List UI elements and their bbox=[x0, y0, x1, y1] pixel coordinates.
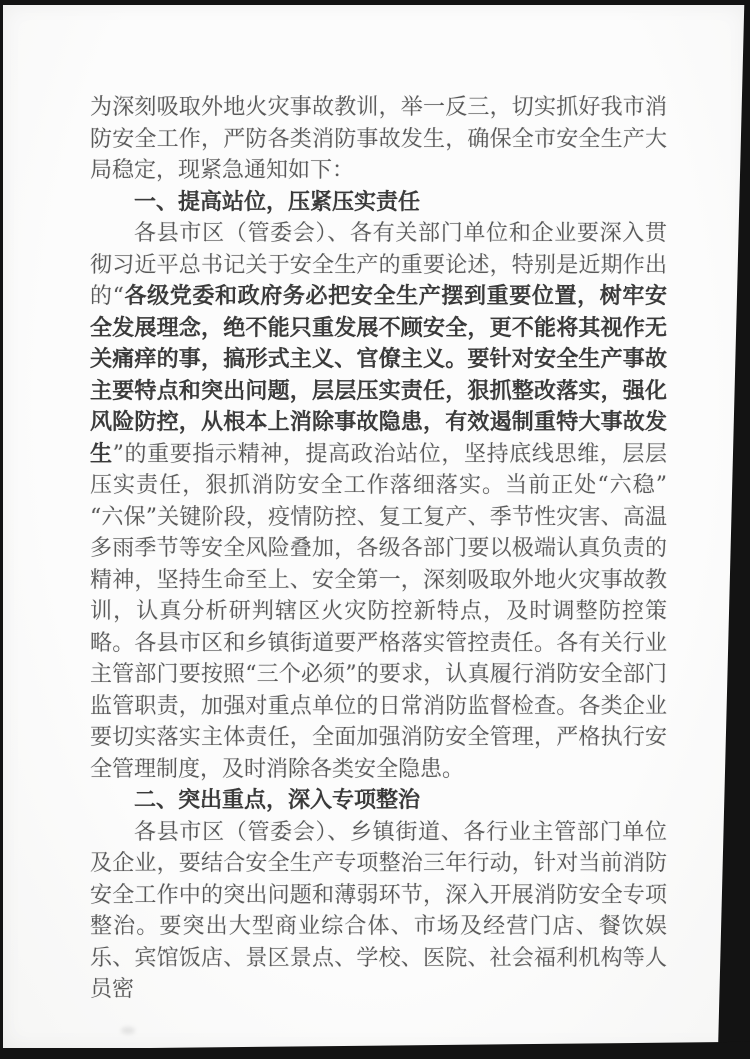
text-run: 为深刻吸取外地火灾事故教训，举一反三，切实抓好我市消防安全工作，严防各类消防事故… bbox=[90, 95, 667, 183]
emphasized-text-run: 一、提高站位，压紧压实责任 bbox=[134, 190, 420, 215]
document-text: 为深刻吸取外地火灾事故教训，举一反三，切实抓好我市消防安全工作，严防各类消防事故… bbox=[90, 92, 667, 1006]
scanned-page-root: 为深刻吸取外地火灾事故教训，举一反三，切实抓好我市消防安全工作，严防各类消防事故… bbox=[0, 0, 750, 1059]
text-run: 各县市区（管委会）、乡镇街道、各行业主管部门单位及企业，要结合安全生产专项整治三… bbox=[90, 820, 667, 1003]
text-run: ”的重要指示精神，提高政治站位，坚持底线思维，层层压实责任，狠抓消防安全工作落细… bbox=[90, 442, 667, 782]
section-heading: 一、提高站位，压紧压实责任 bbox=[90, 187, 667, 219]
scan-smudge-artifact bbox=[121, 1027, 135, 1034]
body-paragraph: 各县市区（管委会）、各有关部门单位和企业要深入贯彻习近平总书记关于安全生产的重要… bbox=[90, 218, 667, 785]
document-page: 为深刻吸取外地火灾事故教训，举一反三，切实抓好我市消防安全工作，严防各类消防事故… bbox=[3, 5, 746, 1048]
emphasized-text-run: 二、突出重点，深入专项整治 bbox=[134, 788, 420, 813]
body-paragraph: 为深刻吸取外地火灾事故教训，举一反三，切实抓好我市消防安全工作，严防各类消防事故… bbox=[90, 92, 667, 187]
section-heading: 二、突出重点，深入专项整治 bbox=[90, 785, 667, 817]
body-paragraph: 各县市区（管委会）、乡镇街道、各行业主管部门单位及企业，要结合安全生产专项整治三… bbox=[90, 817, 667, 1006]
emphasized-text-run: 各级党委和政府务必把安全生产摆到重要位置，树牢安全发展理念，绝不能只重发展不顾安… bbox=[90, 283, 667, 467]
